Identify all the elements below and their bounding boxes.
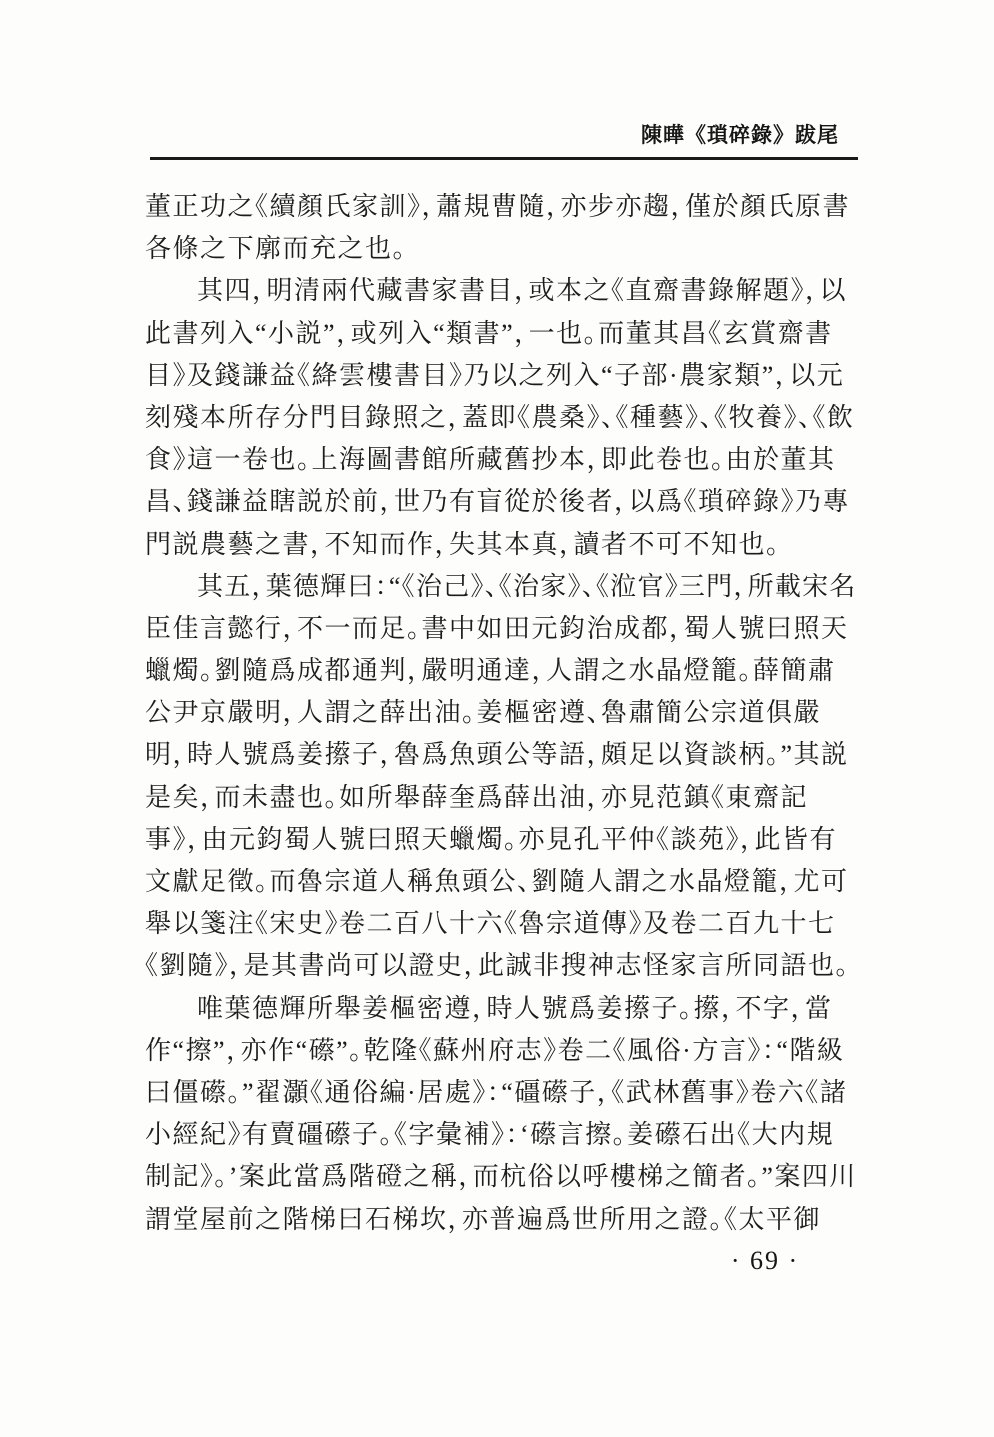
text-line: 目》及錢謙益《絳雲樓書目》乃以之列入“子部·農家類”，以元 (145, 355, 857, 397)
text-line: 臣佳言懿行，不一而足。書中如田元鈞治成都，蜀人號曰照天 (145, 608, 857, 650)
text-line: 門説農藝之書，不知而作，失其本真，讀者不可不知也。 (145, 524, 857, 566)
text-line: 各條之下廓而充之也。 (145, 228, 857, 270)
running-header: 陳曄《瑣碎錄》跋尾 (0, 119, 839, 149)
text-line: 小經紀》有賣礓礤子。《字彙補》：‘礤言擦。姜礤石出《大内規 (145, 1114, 857, 1156)
text-line: 制記》。’案此當爲階磴之稱，而杭俗以呼樓梯之簡者。”案四川 (145, 1156, 857, 1198)
text-line: 是矣，而未盡也。如所舉薛奎爲薛出油，亦見范鎮《東齋記 (145, 777, 857, 819)
text-line: 食》這一卷也。上海圖書館所藏舊抄本，即此卷也。由於董其 (145, 439, 857, 481)
text-line: 刻殘本所存分門目錄照之，蓋即《農桑》、《種藝》、《牧養》、《飲 (145, 397, 857, 439)
text-line: 《劉隨》，是其書尚可以證史，此誠非搜神志怪家言所同語也。 (145, 945, 857, 987)
book-page: 陳曄《瑣碎錄》跋尾 董正功之《續顏氏家訓》，蕭規曹隨，亦步亦趨，僅於顏氏原書各條… (0, 0, 994, 1437)
body-text: 董正功之《續顏氏家訓》，蕭規曹隨，亦步亦趨，僅於顏氏原書各條之下廓而充之也。其四… (145, 186, 857, 1241)
text-line: 文獻足徵。而魯宗道人稱魚頭公、劉隨人謂之水晶燈籠，尤可 (145, 861, 857, 903)
text-line: 其五，葉德輝曰：“《治己》、《治家》、《涖官》三門，所載宋名 (145, 566, 857, 608)
header-rule (150, 157, 858, 160)
text-line: 唯葉德輝所舉姜樞密遵，時人號爲姜攃子。攃，不字，當 (145, 988, 857, 1030)
text-line: 公尹京嚴明，人謂之薛出油。姜樞密遵、魯肅簡公宗道俱嚴 (145, 692, 857, 734)
text-line: 舉以箋注《宋史》卷二百八十六《魯宗道傳》及卷二百九十七 (145, 903, 857, 945)
text-line: 董正功之《續顏氏家訓》，蕭規曹隨，亦步亦趨，僅於顏氏原書 (145, 186, 857, 228)
text-line: 曰僵礤。”翟灝《通俗編·居處》：“礓礤子，《武林舊事》卷六《諸 (145, 1072, 857, 1114)
text-line: 其四，明清兩代藏書家書目，或本之《直齋書錄解題》，以 (145, 270, 857, 312)
text-line: 作“擦”，亦作“礤”。乾隆《蘇州府志》卷二《風俗·方言》：“階級 (145, 1030, 857, 1072)
text-line: 謂堂屋前之階梯曰石梯坎，亦普遍爲世所用之證。《太平御 (145, 1199, 857, 1241)
page-number: · 69 · (640, 1246, 890, 1276)
text-line: 昌、錢謙益瞎説於前，世乃有盲從於後者，以爲《瑣碎錄》乃專 (145, 481, 857, 523)
text-line: 此書列入“小説”，或列入“類書”，一也。而董其昌《玄賞齋書 (145, 313, 857, 355)
text-line: 明，時人號爲姜攃子，魯爲魚頭公等語，頗足以資談柄。”其説 (145, 734, 857, 776)
text-line: 事》，由元鈞蜀人號曰照天蠟燭。亦見孔平仲《談苑》，此皆有 (145, 819, 857, 861)
text-line: 蠟燭。劉隨爲成都通判，嚴明通達，人謂之水晶燈籠。薛簡肅 (145, 650, 857, 692)
